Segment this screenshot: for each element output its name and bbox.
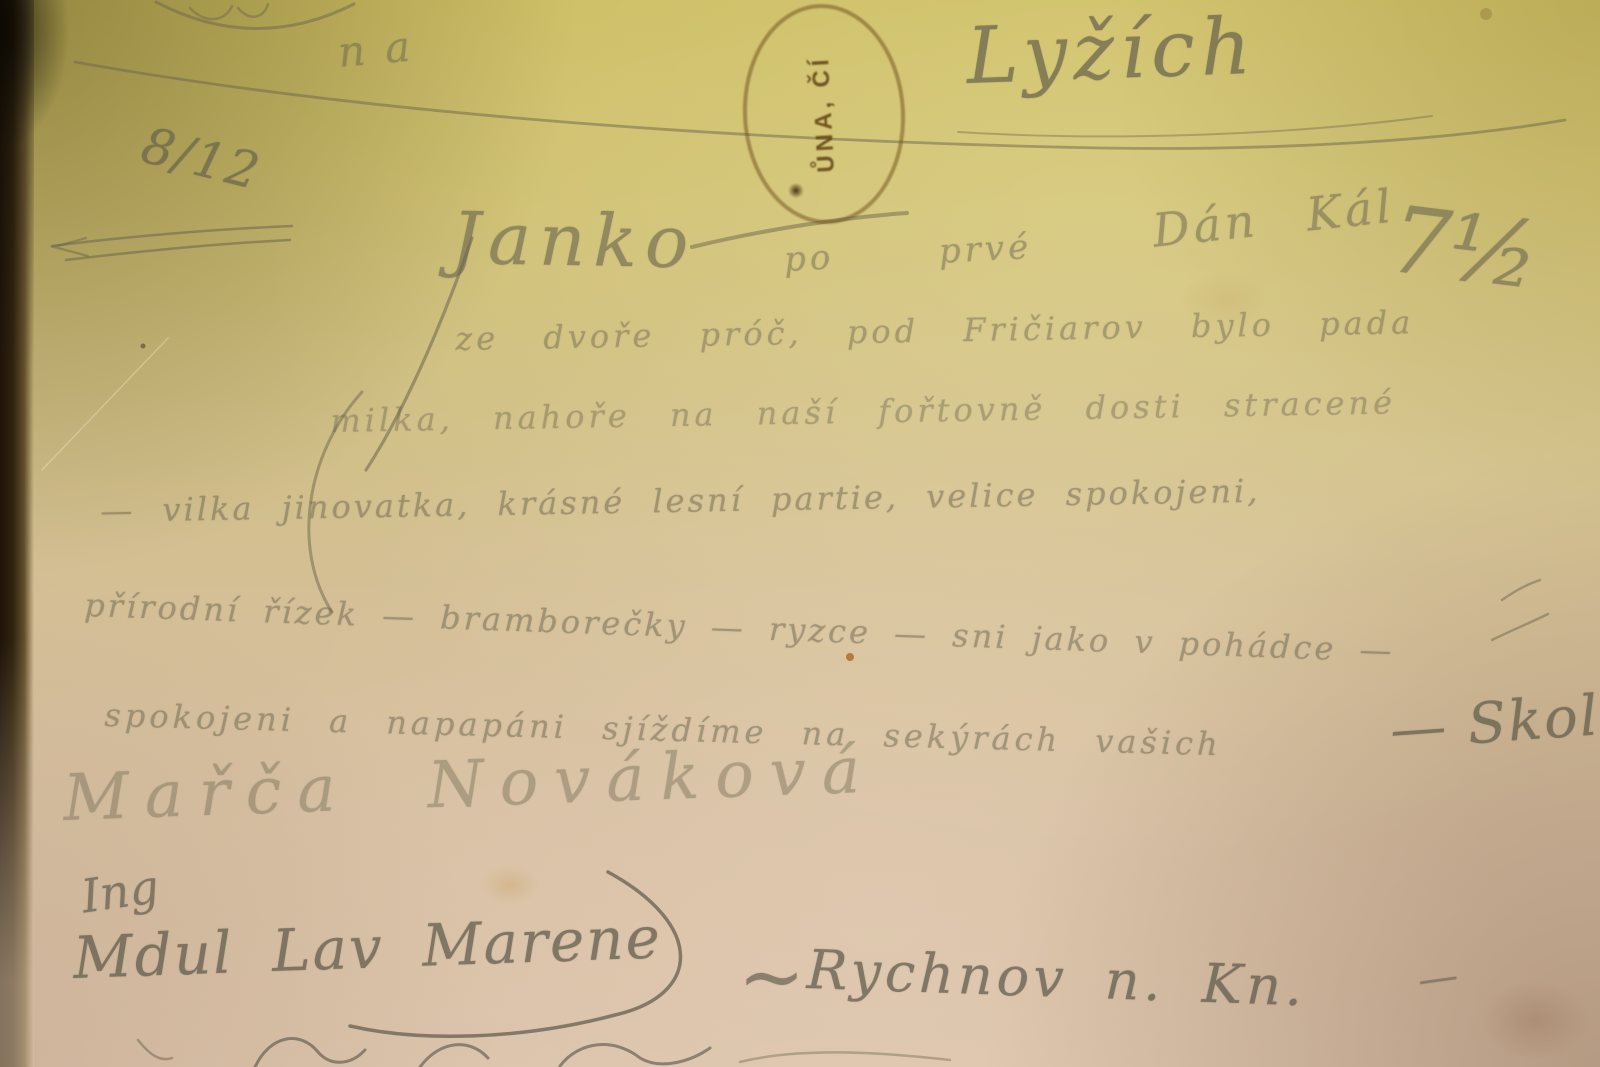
place-tilde: ~	[738, 930, 805, 1023]
place-name: Rychnov n. Kn.	[806, 938, 1307, 1018]
cutoff-writing	[420, 1045, 710, 1067]
handwritten-guestbook-page-photo: ŮNA, ČÍ na Lyžích 8/12 Janko po prvé Dán…	[0, 0, 1600, 1067]
book-spine-edge	[0, 0, 34, 1067]
arrow-flourish	[54, 238, 88, 256]
dark-corner	[0, 0, 70, 150]
rust-speck	[846, 653, 854, 661]
scratch	[42, 338, 168, 470]
title-underline	[958, 116, 1432, 136]
signature-1: Mařča Nováková	[62, 734, 877, 836]
paper-stain	[1480, 980, 1590, 1060]
oval-flourish	[156, 2, 354, 29]
oval-ink-stamp: ŮNA, ČÍ	[737, 0, 910, 228]
entry-line-5: přírodní řízek — bramborečky — ryzce — s…	[84, 586, 1395, 670]
signature-2: Mdul Lav Marene	[72, 903, 663, 992]
entry-date: 8/12	[136, 116, 267, 201]
entry-line-4: — vilka jinovatka, krásné lesní partie, …	[100, 472, 1261, 530]
paper-stain	[480, 865, 540, 905]
entry-annotation-number: 7½	[1385, 186, 1545, 310]
stamp-text: ŮNA, ČÍ	[807, 55, 841, 174]
trailing-dash: —	[1415, 952, 1461, 1003]
skol-greeting: — Skol	[1388, 683, 1600, 762]
entry-po-prve: po prvé	[783, 227, 1033, 280]
signature-2-title: Ing	[78, 859, 162, 923]
entry-line-2: ze dvoře próč, pod Fričiarov bylo pada	[455, 303, 1415, 358]
entry-name: Janko	[451, 196, 698, 284]
word-na: na	[336, 20, 432, 77]
stamp-ink-blot	[788, 183, 805, 198]
page-title: Lyžích	[965, 2, 1258, 102]
entry-line-3: milka, nahoře na naší fořtovně dosti str…	[330, 383, 1396, 440]
entry-annotation: Dán Kál	[1150, 179, 1397, 258]
